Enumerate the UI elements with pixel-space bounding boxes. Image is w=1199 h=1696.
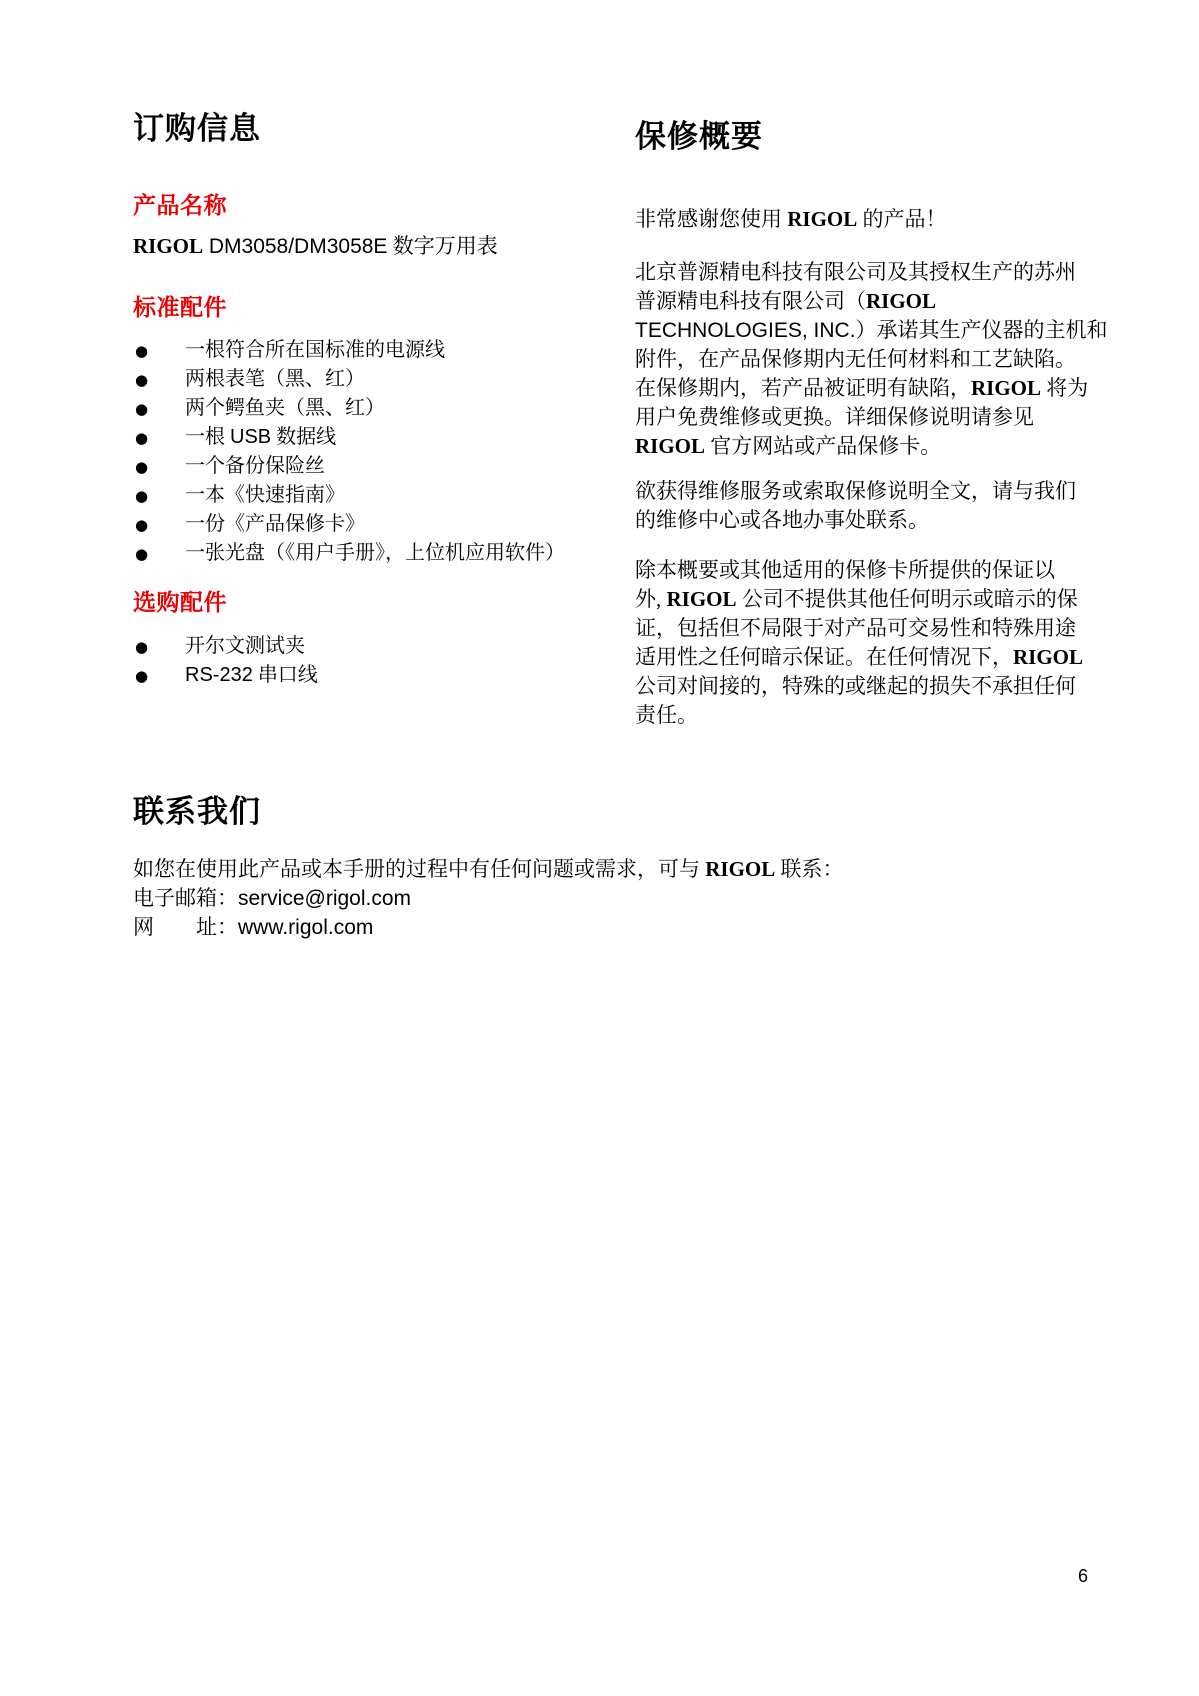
text-segment: 的产品！ <box>857 207 946 231</box>
text-segment: 官方网站或产品保修卡。 <box>705 434 941 458</box>
text-segment: 在保修期内，若产品被证明有缺陷， <box>635 376 971 400</box>
text-segment: TECHNOLOGIES, INC. <box>635 319 856 342</box>
text-segment: www.rigol.com <box>238 916 373 939</box>
list-item: ●两根表笔（黑、红） <box>133 365 603 394</box>
text-segment: 的维修中心或各地办事处联系。 <box>635 508 929 532</box>
contact-title: 联系我们 <box>133 793 1093 831</box>
text-segment: 一个备份保险丝 <box>185 455 325 477</box>
page-number: 6 <box>1078 1565 1088 1587</box>
text-segment: 非常感谢您使用 <box>635 207 787 231</box>
text-segment: RIGOL <box>667 587 737 611</box>
list-item: ●一个备份保险丝 <box>133 452 603 481</box>
text-segment: 一本《快速指南》 <box>185 484 345 506</box>
text-segment: 适用性之任何暗示保证。在任何情况下， <box>635 645 1013 669</box>
text-segment: 公司不提供其他任何明示或暗示的保 <box>737 587 1078 611</box>
text-segment: 附件，在产品保修期内无任何材料和工艺缺陷。 <box>635 347 1076 371</box>
paragraph: 如您在使用此产品或本手册的过程中有任何问题或需求，可与 RIGOL 联系：电子邮… <box>133 855 1093 942</box>
text-segment: 外, <box>635 587 667 611</box>
warranty-title: 保修概要 <box>635 118 1085 156</box>
standard-accessories-list: ●一根符合所在国标准的电源线●两根表笔（黑、红）●两个鳄鱼夹（黑、红）●一根 U… <box>133 336 603 568</box>
text-segment: 欲获得维修服务或索取保修说明全文，请与我们 <box>635 479 1076 503</box>
optional-accessories-list: ●开尔文测试夹●RS-232 串口线 <box>133 632 603 690</box>
text-segment: 一根符合所在国标准的电源线 <box>185 339 445 361</box>
list-item-label: 两根表笔（黑、红） <box>185 365 365 393</box>
text-segment: 责任。 <box>635 703 698 727</box>
list-item: ●一根 USB 数据线 <box>133 423 603 452</box>
text-segment: 网 址： <box>133 915 238 939</box>
text-segment: USB <box>230 426 271 448</box>
bullet-icon: ● <box>133 453 185 481</box>
text-segment: service@rigol.com <box>238 887 411 910</box>
text-segment: 普源精电科技有限公司（ <box>635 289 866 313</box>
text-segment: 公司对间接的，特殊的或继起的损失不承担任何 <box>635 674 1076 698</box>
list-item-label: 一根 USB 数据线 <box>185 423 336 451</box>
paragraph: 非常感谢您使用 RIGOL 的产品！ <box>635 205 1085 234</box>
list-item-label: 一张光盘（《用户手册》，上位机应用软件） <box>185 539 565 567</box>
text-segment: 用户免费维修或更换。详细保修说明请参见 <box>635 405 1034 429</box>
paragraph: 除本概要或其他适用的保修卡所提供的保证以外, RIGOL 公司不提供其他任何明示… <box>635 556 1085 730</box>
list-item: ●RS-232 串口线 <box>133 661 603 690</box>
list-item: ●一张光盘（《用户手册》，上位机应用软件） <box>133 539 603 568</box>
text-segment: 除本概要或其他适用的保修卡所提供的保证以 <box>635 558 1055 582</box>
bullet-icon: ● <box>133 540 185 568</box>
list-item: ●一份《产品保修卡》 <box>133 510 603 539</box>
text-segment: 如您在使用此产品或本手册的过程中有任何问题或需求，可与 <box>133 857 705 881</box>
text-segment: 一根 <box>185 426 230 448</box>
bullet-icon: ● <box>133 633 185 661</box>
text-segment: 一份《产品保修卡》 <box>185 513 365 535</box>
warranty-paragraphs: 非常感谢您使用 RIGOL 的产品！北京普源精电科技有限公司及其授权生产的苏州普… <box>635 205 1085 730</box>
text-segment: RIGOL <box>133 234 203 258</box>
text-segment: RS-232 <box>185 664 253 686</box>
text-segment: RIGOL <box>787 207 857 231</box>
text-segment: 将为 <box>1041 376 1088 400</box>
text-segment: RIGOL <box>971 376 1041 400</box>
list-item-label: 一个备份保险丝 <box>185 452 325 480</box>
list-item: ●两个鳄鱼夹（黑、红） <box>133 394 603 423</box>
bullet-icon: ● <box>133 395 185 423</box>
text-segment: ）承诺其生产仪器的主机和 <box>856 318 1108 342</box>
bullet-icon: ● <box>133 337 185 365</box>
text-segment: 两个鳄鱼夹（黑、红） <box>185 397 385 419</box>
bullet-icon: ● <box>133 662 185 690</box>
standard-accessories-heading: 标准配件 <box>133 294 603 320</box>
contact-lines: 如您在使用此产品或本手册的过程中有任何问题或需求，可与 RIGOL 联系：电子邮… <box>133 855 1093 942</box>
text-segment: 证，包括但不局限于对产品可交易性和特殊用途 <box>635 616 1076 640</box>
bullet-icon: ● <box>133 511 185 539</box>
text-segment: RIGOL <box>635 434 705 458</box>
text-segment: RIGOL <box>866 289 936 313</box>
text-segment: 开尔文测试夹 <box>185 635 305 657</box>
paragraph: 欲获得维修服务或索取保修说明全文，请与我们的维修中心或各地办事处联系。 <box>635 477 1085 535</box>
text-segment: RIGOL <box>705 857 775 881</box>
text-segment: RIGOL <box>1013 645 1083 669</box>
bullet-icon: ● <box>133 482 185 510</box>
list-item-label: 两个鳄鱼夹（黑、红） <box>185 394 385 422</box>
list-item-label: 一根符合所在国标准的电源线 <box>185 336 445 364</box>
ordering-info-section: 订购信息 产品名称 RIGOL DM3058/DM3058E 数字万用表 标准配… <box>133 110 603 690</box>
text-segment: 一张光盘（《用户手册》，上位机应用软件） <box>185 542 565 564</box>
document-page: 订购信息 产品名称 RIGOL DM3058/DM3058E 数字万用表 标准配… <box>0 0 1199 1696</box>
text-segment: DM3058/DM3058E <box>203 235 387 258</box>
paragraph: 北京普源精电科技有限公司及其授权生产的苏州普源精电科技有限公司（RIGOLTEC… <box>635 258 1085 461</box>
text-segment: 数据线 <box>271 426 336 448</box>
product-name: RIGOL DM3058/DM3058E 数字万用表 <box>133 232 603 261</box>
text-segment: 北京普源精电科技有限公司及其授权生产的苏州 <box>635 260 1076 284</box>
product-name-heading: 产品名称 <box>133 192 603 218</box>
ordering-info-title: 订购信息 <box>133 110 603 148</box>
list-item-label: 开尔文测试夹 <box>185 632 305 660</box>
optional-accessories-heading: 选购配件 <box>133 589 603 615</box>
contact-section: 联系我们 如您在使用此产品或本手册的过程中有任何问题或需求，可与 RIGOL 联… <box>133 793 1093 942</box>
text-segment: 数字万用表 <box>387 234 497 258</box>
list-item-label: RS-232 串口线 <box>185 661 318 689</box>
bullet-icon: ● <box>133 366 185 394</box>
list-item: ●一本《快速指南》 <box>133 481 603 510</box>
text-segment: 串口线 <box>253 664 318 686</box>
text-segment: 两根表笔（黑、红） <box>185 368 365 390</box>
list-item: ●一根符合所在国标准的电源线 <box>133 336 603 365</box>
warranty-section: 保修概要 非常感谢您使用 RIGOL 的产品！北京普源精电科技有限公司及其授权生… <box>635 118 1085 730</box>
list-item-label: 一本《快速指南》 <box>185 481 345 509</box>
list-item-label: 一份《产品保修卡》 <box>185 510 365 538</box>
list-item: ●开尔文测试夹 <box>133 632 603 661</box>
text-segment: 联系： <box>775 857 843 881</box>
bullet-icon: ● <box>133 424 185 452</box>
text-segment: 电子邮箱： <box>133 886 238 910</box>
